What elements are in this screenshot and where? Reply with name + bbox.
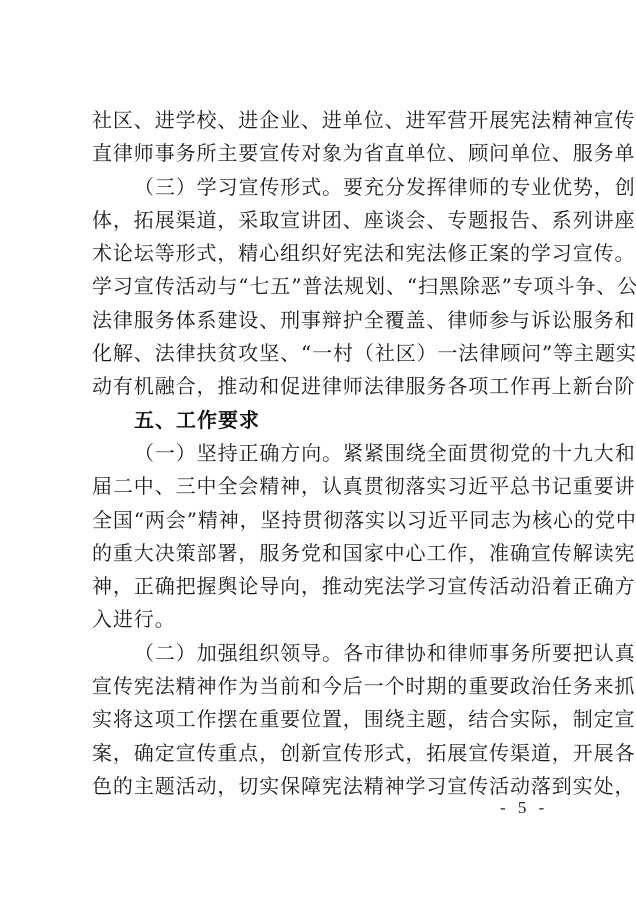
text-line: 实将这项工作摆在重要位置，围绕主题，结合实际，制定宣传方 [92, 703, 554, 736]
text-line: 动有机融合，推动和促进律师法律服务各项工作再上新台阶。 [92, 370, 554, 403]
text-line: 直律师事务所主要宣传对象为省直单位、顾问单位、服务单位等。 [92, 137, 554, 170]
text-line: （二）加强组织领导。各市律协和律师事务所要把认真学习 [92, 637, 554, 670]
text-line: 色的主题活动，切实保障宪法精神学习宣传活动落到实处，取得 [92, 770, 554, 803]
paragraph-learning-forms: （三）学习宣传形式。要充分发挥律师的专业优势，创新载 体，拓展渠道，采取宣讲团、… [92, 171, 554, 404]
document-page: 社区、进学校、进企业、进单位、进军营开展宪法精神宣传；省 直律师事务所主要宣传对… [0, 0, 636, 900]
paragraph-continued: 社区、进学校、进企业、进单位、进军营开展宪法精神宣传；省 直律师事务所主要宣传对… [92, 104, 554, 171]
text-line: 神，正确把握舆论导向，推动宪法学习宣传活动沿着正确方向深 [92, 570, 554, 603]
text-line: 学习宣传活动与“七五”普法规划、“扫黑除恶”专项斗争、公共 [92, 270, 554, 303]
text-line: 宣传宪法精神作为当前和今后一个时期的重要政治任务来抓，切 [92, 670, 554, 703]
text-line: 入进行。 [92, 603, 554, 636]
page-number: - 5 - [500, 798, 548, 818]
text-line: 法律服务体系建设、刑事辩护全覆盖、律师参与诉讼服务和矛盾 [92, 304, 554, 337]
text-line: 全国“两会”精神，坚持贯彻落实以习近平同志为核心的党中央 [92, 504, 554, 537]
text-line: 届二中、三中全会精神，认真贯彻落实习近平总书记重要讲话和 [92, 470, 554, 503]
text-line: 化解、法律扶贫攻坚、“一村（社区）一法律顾问”等主题实践活 [92, 337, 554, 370]
text-line: （三）学习宣传形式。要充分发挥律师的专业优势，创新载 [92, 171, 554, 204]
text-line: 案，确定宣传重点，创新宣传形式，拓展宣传渠道，开展各具特 [92, 737, 554, 770]
document-body: 社区、进学校、进企业、进单位、进军营开展宪法精神宣传；省 直律师事务所主要宣传对… [92, 104, 554, 803]
section-heading: 五、工作要求 [92, 404, 554, 437]
text-line: 的重大决策部署，服务党和国家中心工作，准确宣传解读宪法精 [92, 537, 554, 570]
paragraph-organization-leadership: （二）加强组织领导。各市律协和律师事务所要把认真学习 宣传宪法精神作为当前和今后… [92, 637, 554, 803]
paragraph-correct-direction: （一）坚持正确方向。紧紧围绕全面贯彻党的十九大和十九 届二中、三中全会精神，认真… [92, 437, 554, 637]
text-line: 体，拓展渠道，采取宣讲团、座谈会、专题报告、系列讲座、学 [92, 204, 554, 237]
text-line: 术论坛等形式，精心组织好宪法和宪法修正案的学习宣传。要将 [92, 237, 554, 270]
text-line: 社区、进学校、进企业、进单位、进军营开展宪法精神宣传；省 [92, 104, 554, 137]
text-line: （一）坚持正确方向。紧紧围绕全面贯彻党的十九大和十九 [92, 437, 554, 470]
